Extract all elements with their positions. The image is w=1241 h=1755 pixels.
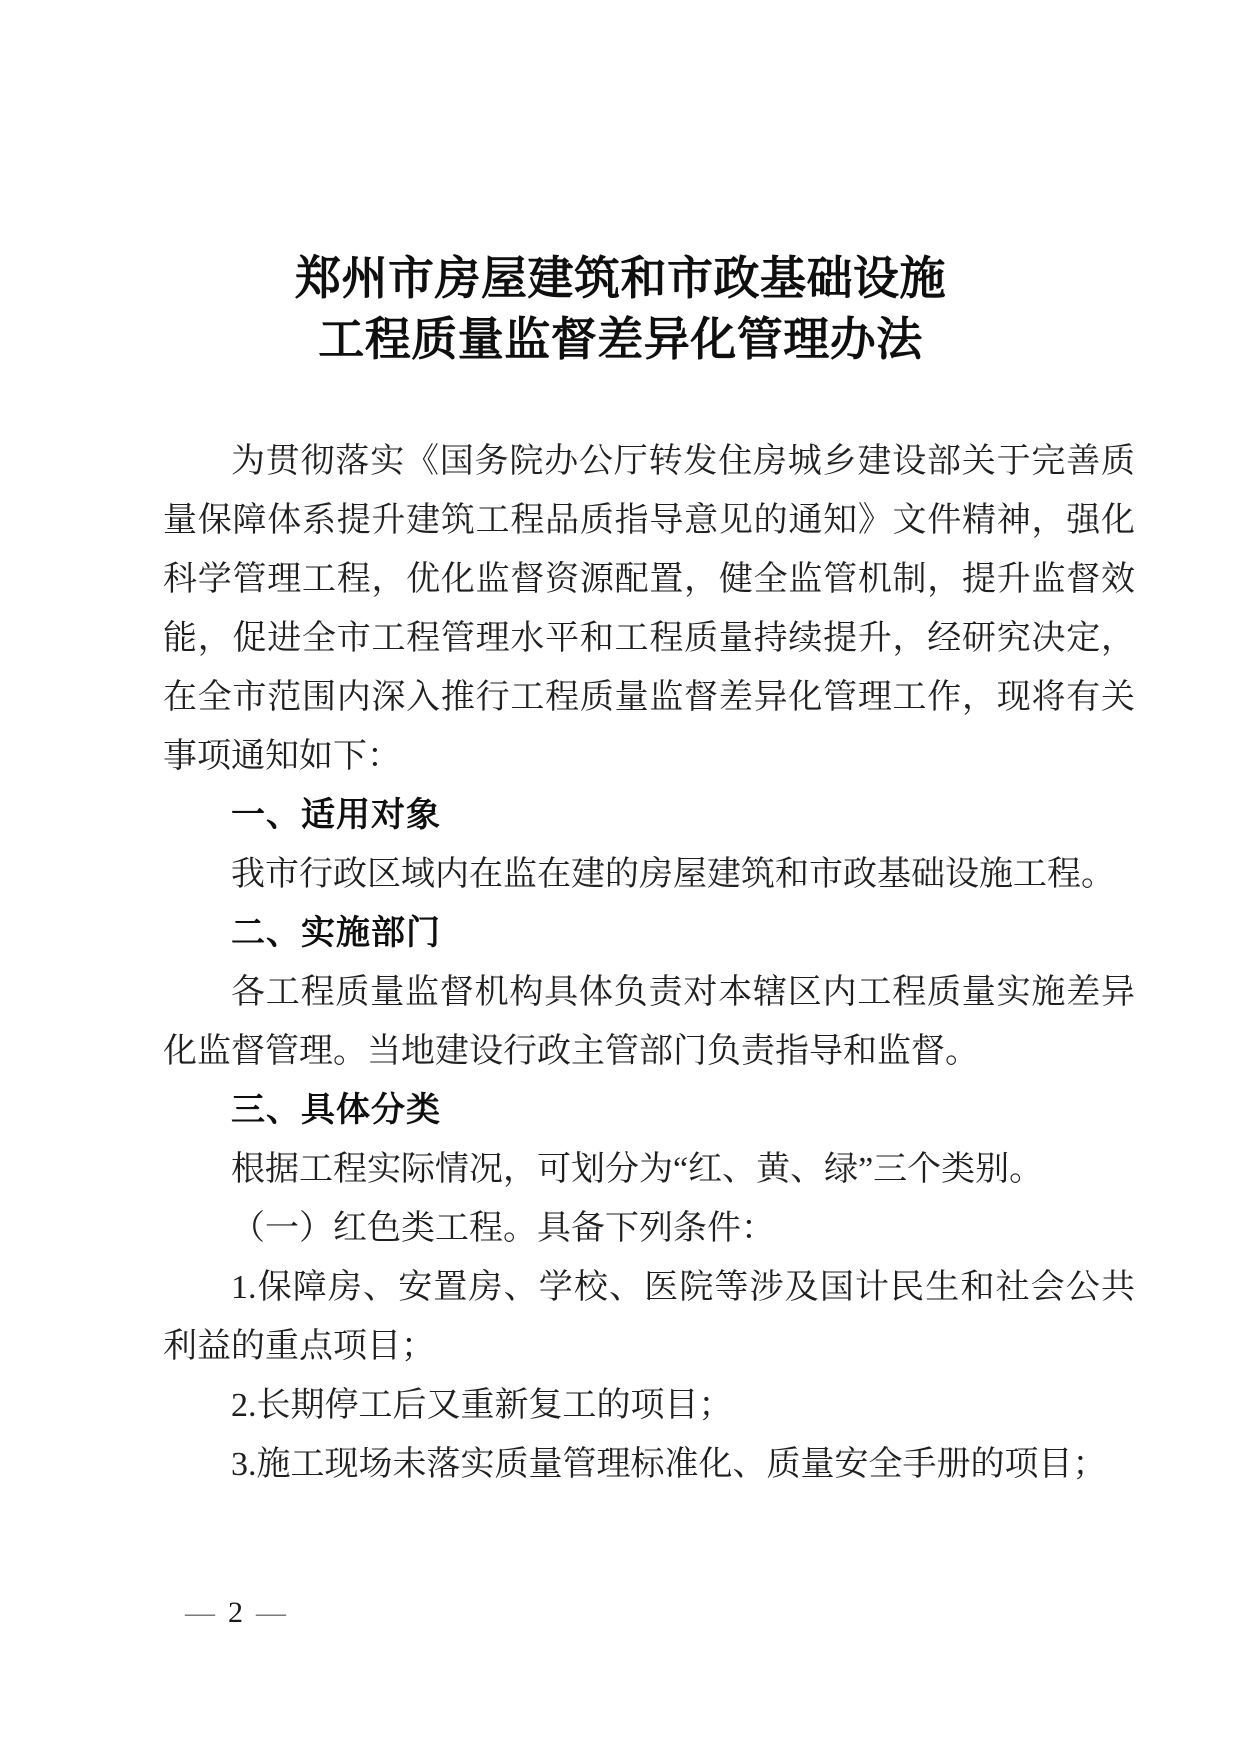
paragraph-categories: 根据工程实际情况，可划分为“红、黄、绿”三个类别。	[163, 1140, 1135, 1199]
title-line-1: 郑州市房屋建筑和市政基础设施	[0, 248, 1241, 309]
section-heading-1: 一、适用对象	[163, 786, 1135, 845]
page-number-dash-right: —	[256, 1596, 286, 1630]
title-line-2: 工程质量监督差异化管理办法	[0, 309, 1241, 370]
list-item-3: 3.施工现场未落实质量管理标准化、质量安全手册的项目；	[163, 1435, 1135, 1494]
section-heading-3: 三、具体分类	[163, 1081, 1135, 1140]
list-item-1: 1.保障房、安置房、学校、医院等涉及国计民生和社会公共利益的重点项目；	[163, 1258, 1135, 1376]
document-page: 郑州市房屋建筑和市政基础设施 工程质量监督差异化管理办法 为贯彻落实《国务院办公…	[0, 0, 1241, 1755]
document-title: 郑州市房屋建筑和市政基础设施 工程质量监督差异化管理办法	[0, 248, 1241, 370]
paragraph-scope: 我市行政区域内在监在建的房屋建筑和市政基础设施工程。	[163, 845, 1135, 904]
page-number-dash-left: —	[185, 1596, 215, 1630]
section-heading-2: 二、实施部门	[163, 904, 1135, 963]
paragraph-intro: 为贯彻落实《国务院办公厅转发住房城乡建设部关于完善质量保障体系提升建筑工程品质指…	[163, 432, 1135, 786]
page-number: — 2 —	[185, 1596, 286, 1630]
paragraph-red-category: （一）红色类工程。具备下列条件：	[163, 1199, 1135, 1258]
page-number-value: 2	[228, 1596, 243, 1630]
paragraph-departments: 各工程质量监督机构具体负责对本辖区内工程质量实施差异化监督管理。当地建设行政主管…	[163, 963, 1135, 1081]
document-body: 为贯彻落实《国务院办公厅转发住房城乡建设部关于完善质量保障体系提升建筑工程品质指…	[163, 432, 1135, 1494]
list-item-2: 2.长期停工后又重新复工的项目；	[163, 1376, 1135, 1435]
